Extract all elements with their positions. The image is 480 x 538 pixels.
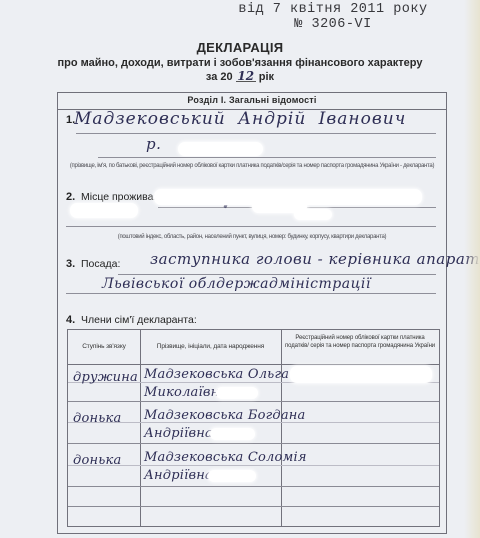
ruled-line — [118, 274, 436, 275]
item-4-number: 4. — [66, 314, 75, 326]
ruled-line — [66, 226, 436, 227]
item-1-hint: (прізвище, ім'я, по батькові, реєстрацій… — [60, 163, 444, 169]
table-column-line — [281, 330, 282, 526]
family-table: Ступінь зв'язку Прізвище, ініціали, дата… — [67, 329, 440, 527]
family-name-handwritten: Андріївна, — [144, 468, 217, 483]
redaction-block — [294, 209, 332, 220]
law-reference: від 7 квітня 2011 року № 3206-VI — [238, 2, 428, 32]
declarant-note-handwritten: р. — [146, 135, 161, 153]
table-header-relation: Ступінь зв'язку — [68, 343, 140, 351]
declaration-title: ДЕКЛАРАЦІЯ — [0, 40, 480, 55]
scanned-declaration-page: від 7 квітня 2011 року № 3206-VI ДЕКЛАРА… — [0, 0, 480, 538]
redaction-block — [70, 203, 138, 218]
item-3-label: Посада: — [81, 258, 120, 270]
redaction-block — [178, 142, 263, 156]
table-header-line — [68, 364, 439, 365]
table-row-line — [68, 401, 439, 402]
item-2-hint: (поштовий індекс, область, район, населе… — [60, 234, 444, 240]
family-name-handwritten: Андріївна, — [144, 426, 217, 441]
family-relation-handwritten: дружина — [73, 370, 138, 385]
title-block: ДЕКЛАРАЦІЯ про майно, доходи, витрати і … — [0, 40, 480, 83]
table-row-line — [68, 506, 439, 507]
ruled-line — [76, 133, 436, 134]
ruled-line — [98, 157, 436, 158]
section-1-header: Розділ I. Загальні відомості — [58, 93, 446, 110]
family-relation-handwritten: донька — [73, 453, 121, 468]
table-header-name: Прізвище, ініціали, дата народження — [144, 343, 277, 351]
declaration-year-line: за 20 12 рік — [0, 71, 480, 83]
ruled-line — [66, 293, 436, 294]
redaction-block — [290, 366, 432, 383]
item-2-number: 2. — [66, 191, 75, 203]
family-name-handwritten: Мадзековська Ольга — [144, 367, 289, 382]
table-row-line — [68, 486, 439, 487]
redaction-block — [210, 428, 255, 440]
law-number-line: № 3206-VI — [238, 17, 428, 32]
section-1-box: Розділ I. Загальні відомості 1. Мадзеков… — [57, 92, 447, 534]
table-row-line — [68, 443, 439, 444]
redaction-block — [216, 387, 258, 399]
position-handwritten-line1: заступника голови - керівника апарату — [150, 250, 480, 268]
item-3-number: 3. — [66, 258, 75, 270]
redaction-block — [208, 470, 256, 482]
declaration-subtitle: про майно, доходи, витрати і зобов'язанн… — [0, 57, 480, 69]
year-suffix: рік — [259, 71, 274, 83]
table-header-taxnumber: Реєстраційний номер облікової картки пла… — [284, 335, 436, 350]
family-relation-handwritten: донька — [73, 411, 121, 426]
year-prefix: за 20 — [206, 71, 233, 83]
family-name-handwritten: Мадзековська Богдана — [144, 408, 306, 423]
year-handwritten: 12 — [236, 71, 256, 82]
table-ruled-line — [68, 465, 439, 466]
table-column-line — [140, 330, 141, 526]
declarant-name-handwritten: Мадзековський Андрій Іванович — [74, 109, 406, 129]
family-name-handwritten: Мадзековська Соломія — [144, 450, 307, 465]
scan-page-edge — [464, 0, 480, 538]
position-handwritten-line2: Львівської облдержадміністрації — [102, 276, 371, 292]
item-4-label: Члени сім'ї декларанта: — [81, 314, 197, 326]
law-date-line: від 7 квітня 2011 року — [238, 2, 428, 17]
